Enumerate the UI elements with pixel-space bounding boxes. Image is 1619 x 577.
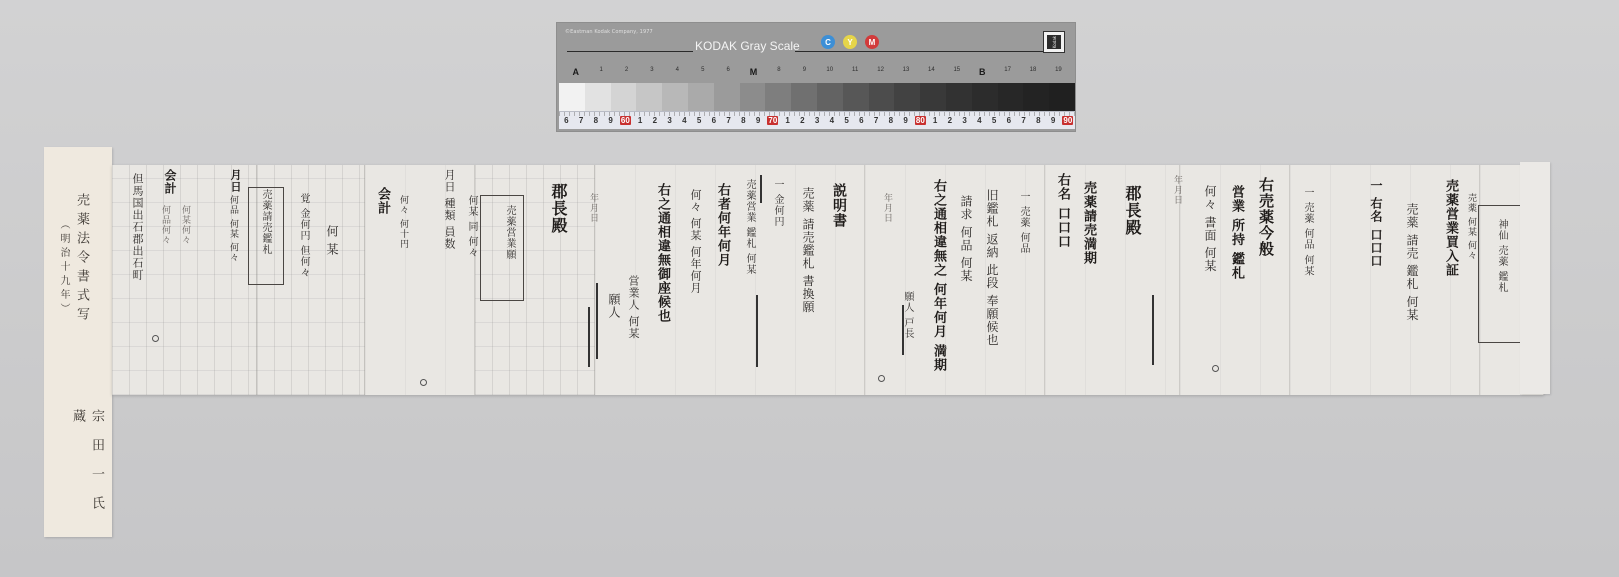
ruler-tick: 7: [721, 116, 736, 125]
gray-step: [817, 83, 843, 111]
ruler-tick: 3: [662, 116, 677, 125]
title-slip: 売薬法令書式写 （明治十九年） 宗田一氏蔵: [44, 147, 112, 537]
gray-step: [869, 83, 895, 111]
handwritten-column: 右売薬今般: [1258, 177, 1273, 257]
step-label: 11: [842, 67, 867, 79]
gray-step: [946, 83, 972, 111]
ruler-tick: 3: [810, 116, 825, 125]
ruler-tick: 9: [603, 116, 618, 125]
gray-step: [714, 83, 740, 111]
gray-step: [894, 83, 920, 111]
handwritten-column: 何々 何某 何年何月: [690, 189, 701, 294]
ruler-tick: 2: [943, 116, 958, 125]
color-dot-c: C: [821, 35, 835, 49]
step-label: 6: [715, 67, 740, 79]
handwritten-scroll: 但馬国出石郡出石町会計何品何々何某何々月日何品 何某 何々売薬請売鑑札覚 金何円…: [112, 165, 1544, 395]
handwritten-column: 旧鑑札 返納 此段 奉願候也: [986, 189, 998, 346]
step-label: 8: [766, 67, 791, 79]
gray-step: [559, 83, 585, 111]
handwritten-column: 郡長殿: [550, 183, 566, 234]
step-label: A: [563, 67, 588, 79]
ruler-tick: 6: [854, 116, 869, 125]
color-dot-m: M: [865, 35, 879, 49]
ruler-tick: 6: [559, 116, 574, 125]
ruler-tick: 8: [589, 116, 604, 125]
gray-step: [1023, 83, 1049, 111]
handwritten-column: 売薬営業買入証: [1444, 179, 1457, 277]
step-labels: A123456M89101112131415B171819: [563, 67, 1071, 79]
step-label: 19: [1046, 67, 1071, 79]
ruler-tick: 8: [1031, 116, 1046, 125]
seal-circle: [420, 379, 427, 386]
title-rule-left: [567, 51, 693, 52]
ruler-tick: 7: [1016, 116, 1031, 125]
ruler-tick: 1: [633, 116, 648, 125]
step-label: 15: [944, 67, 969, 79]
gray-step: [688, 83, 714, 111]
handwritten-column: 右名 口口口: [1056, 173, 1069, 249]
handwritten-column: 年月日: [588, 193, 597, 223]
handwritten-column: 月日 種類 員数: [444, 169, 455, 250]
ruler-tick: 7: [574, 116, 589, 125]
signature-line: [596, 283, 598, 359]
ruler-tick: 5: [839, 116, 854, 125]
step-label: 9: [792, 67, 817, 79]
step-label: 1: [588, 67, 613, 79]
handwritten-column: 願人: [608, 293, 620, 319]
step-label: 12: [868, 67, 893, 79]
ruler-tick: 8: [736, 116, 751, 125]
step-label: 14: [919, 67, 944, 79]
handwritten-column: 会計: [376, 187, 389, 215]
handwritten-column: 何某 同 何々: [466, 195, 476, 258]
handwritten-column: 何品 何某 何々: [228, 195, 237, 263]
ruler-tick: 2: [795, 116, 810, 125]
color-dots: CYM: [821, 35, 879, 49]
step-label: 13: [893, 67, 918, 79]
handwritten-column: 年月日: [1172, 175, 1181, 205]
handwritten-column: 一 右名 口口口: [1370, 179, 1382, 267]
document-title: 売薬法令書式写: [72, 193, 91, 326]
step-label: 18: [1020, 67, 1045, 79]
ruler-tick: 9: [1046, 116, 1061, 125]
document-owner: 宗田一氏蔵: [68, 409, 106, 537]
step-label: 2: [614, 67, 639, 79]
gray-step: [585, 83, 611, 111]
gray-step: [972, 83, 998, 111]
handwritten-column: 会計: [164, 169, 176, 195]
signature-line: [1152, 295, 1154, 365]
ruler-tick: 9: [751, 116, 766, 125]
signature-line: [588, 307, 590, 367]
signature-line: [756, 295, 758, 367]
handwritten-column: 神仙 売薬 鑑札: [1496, 219, 1506, 293]
handwritten-column: 売薬請売満期: [1082, 181, 1095, 265]
handwritten-column: 売薬 請売鑑札 書換願: [802, 187, 814, 314]
signature-line: [760, 175, 762, 203]
handwritten-column: 何某何々: [180, 205, 189, 245]
seal-circle: [152, 335, 159, 342]
ruler-tick: 90: [1061, 116, 1076, 125]
handwritten-column: 一 金何円: [772, 179, 782, 227]
seal-circle: [1212, 365, 1219, 372]
step-label: 17: [995, 67, 1020, 79]
handwritten-column: 一 売薬 何品 何某: [1302, 187, 1312, 277]
color-dot-y: Y: [843, 35, 857, 49]
handwritten-column: 請求 何品 何某: [960, 195, 972, 283]
handwritten-column: 何々 書面 何某: [1204, 185, 1216, 273]
gray-step: [765, 83, 791, 111]
gray-step: [920, 83, 946, 111]
handwritten-column: 月日: [230, 169, 241, 193]
kodak-title: KODAK Gray Scale: [695, 39, 800, 53]
document-date: （明治十九年）: [56, 219, 71, 317]
kodak-copyright: ©Eastman Kodak Company, 1977: [565, 29, 653, 35]
handwritten-column: 覚 金何円 但何々: [298, 193, 308, 278]
step-label: 5: [690, 67, 715, 79]
ruler: 678960123456789701234567898012345678990: [559, 111, 1075, 129]
handwritten-column: 右之通相違無御座候也: [656, 183, 669, 323]
step-label: 3: [639, 67, 664, 79]
handwritten-column: 郡長殿: [1124, 185, 1140, 236]
gray-step: [843, 83, 869, 111]
handwritten-column: 売薬 請売 鑑札 何某: [1406, 203, 1418, 321]
kodak-logo-text: Kodak: [1047, 35, 1061, 49]
ruler-tick: 5: [692, 116, 707, 125]
scroll-end-tab: [1520, 162, 1550, 394]
handwritten-column: 何 某: [326, 225, 338, 256]
handwritten-column: 何々 何十円: [398, 195, 407, 249]
handwritten-column: 但馬国出石郡出石町: [132, 173, 143, 281]
ruler-tick: 3: [957, 116, 972, 125]
gray-step: [662, 83, 688, 111]
handwritten-column: 何品何々: [160, 205, 169, 245]
ruler-tick: 6: [707, 116, 722, 125]
handwritten-column: 一 売薬 何品: [1018, 191, 1028, 254]
handwritten-column: 売薬営業 鑑札 何某: [744, 179, 754, 275]
handwritten-column: 営業人 何某: [628, 275, 639, 340]
gray-step: [636, 83, 662, 111]
handwritten-column: 売薬請売鑑札: [260, 189, 270, 255]
ruler-tick: 1: [928, 116, 943, 125]
handwritten-column: 営業 所持 鑑札: [1230, 185, 1243, 280]
step-label: 10: [817, 67, 842, 79]
gray-step: [1049, 83, 1075, 111]
step-label: 4: [665, 67, 690, 79]
kodak-logo-icon: Kodak: [1043, 31, 1065, 53]
gray-step: [740, 83, 766, 111]
seal-circle: [878, 375, 885, 382]
ruler-tick: 4: [972, 116, 987, 125]
ruler-tick: 7: [869, 116, 884, 125]
ruler-tick: 2: [648, 116, 663, 125]
ruler-tick: 70: [766, 116, 781, 125]
gray-steps: [559, 83, 1075, 111]
ruler-tick: 60: [618, 116, 633, 125]
handwritten-column: 売薬営業願: [504, 205, 514, 260]
ruler-tick: 4: [825, 116, 840, 125]
gray-step: [791, 83, 817, 111]
boxed-note-2: [480, 195, 524, 301]
gray-step: [998, 83, 1024, 111]
step-label: M: [741, 67, 766, 79]
ruler-tick: 4: [677, 116, 692, 125]
handwritten-column: 売薬 何某 何々: [1466, 193, 1475, 261]
title-rule-right: [795, 51, 1047, 52]
handwritten-column: 説明書: [832, 183, 846, 228]
handwritten-column: 願人 戸長: [902, 291, 912, 339]
ruler-tick: 6: [1002, 116, 1017, 125]
ruler-tick: 8: [884, 116, 899, 125]
ruler-tick: 9: [898, 116, 913, 125]
kodak-gray-scale-target: ©Eastman Kodak Company, 1977 KODAK Gray …: [556, 22, 1076, 132]
handwritten-column: 右者何年何月: [716, 183, 729, 267]
ruler-tick: 1: [780, 116, 795, 125]
step-label: B: [970, 67, 995, 79]
handwritten-column: 右之通相違無之 何年何月 満期: [932, 179, 945, 372]
gray-step: [611, 83, 637, 111]
ruler-tick: 80: [913, 116, 928, 125]
handwritten-column: 年月日: [882, 193, 891, 223]
ruler-tick: 5: [987, 116, 1002, 125]
